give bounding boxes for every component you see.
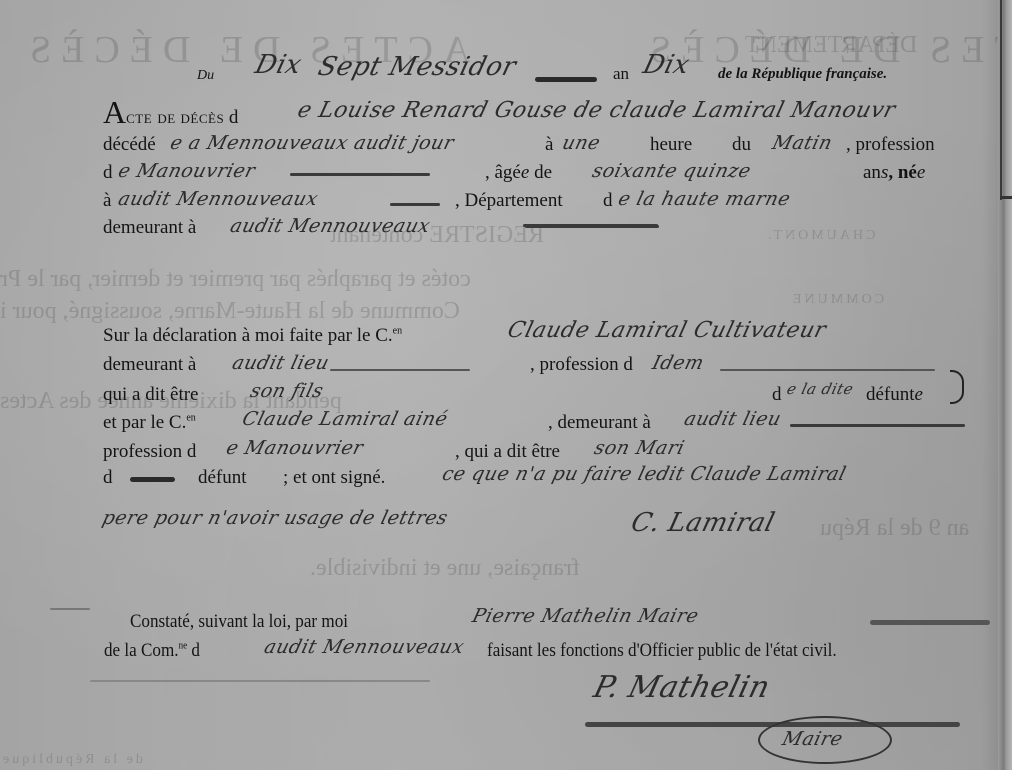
signe-label: ; et ont signé. (283, 467, 385, 489)
declarant2-label: et par le C.en (103, 412, 196, 434)
an-label: ans, née (863, 162, 925, 184)
deceased-name: e Louise Renard Gouse de claude Lamiral … (295, 98, 898, 123)
declarant-signature: C. Lamiral (628, 508, 778, 538)
binding-line (1000, 0, 1002, 200)
document-scan: ACTES DE DÉCÈS ACTES DE DÉCÈS DÉPARTEMEN… (0, 0, 1012, 770)
departement-value: e la haute marne (616, 188, 793, 210)
binding-tick (1000, 196, 1012, 199)
header-month-value: Sept Messidor (315, 52, 519, 82)
ink-dash (535, 77, 597, 82)
de-text: de (534, 162, 552, 183)
acte-title-deces: décès (181, 107, 225, 128)
age-value: soixante quinze (590, 160, 753, 182)
constat-line2-rest: faisant les fonctions d'Officier public … (487, 640, 837, 662)
et-par-text: et par le C. (103, 412, 186, 433)
defunt2-d-label: d (103, 467, 113, 489)
profession-d-label: d (103, 162, 113, 184)
demeurant-value: audit Mennouveaux (228, 215, 433, 237)
departement-d-label: d (603, 190, 613, 212)
time-value: Matin (770, 132, 835, 154)
header-republic: de la République française. (718, 66, 887, 83)
intro-sup: en (393, 326, 402, 337)
defunt-suffix: e (915, 384, 923, 405)
du-label: du (732, 134, 751, 156)
ink-dash (390, 203, 440, 206)
declaration-intro: Sur la déclaration à moi faite par le C.… (103, 325, 402, 347)
bleed-through-francaise: française, une et indivisible. (310, 555, 580, 582)
profession1-label: , profession d (530, 354, 633, 376)
intro-text: Sur la déclaration à moi faite par le C. (103, 325, 393, 346)
relation2-value: son Mari (592, 437, 687, 459)
agee-suffix: e (521, 162, 529, 183)
an-text: an (863, 162, 881, 183)
declarant1-value: Claude Lamiral Cultivateur (505, 318, 829, 343)
ink-dash (870, 620, 990, 625)
hour-value: une (560, 132, 603, 154)
bleed-through-chaumont: CHAUMONT. (765, 228, 875, 244)
agee-label: , âgée de (485, 162, 552, 184)
et-par-sup: en (186, 413, 195, 424)
profession-value: e Manouvrier (116, 160, 258, 182)
nee-text: , né (888, 162, 917, 183)
constat-line1-label: Constaté, suivant la loi, par moi (130, 611, 348, 633)
nee-suffix: e (917, 162, 925, 183)
de-la-d-label: d (772, 384, 782, 406)
officer-title: Maire (780, 728, 845, 750)
demeurant2-value: audit lieu (682, 408, 784, 430)
decede-label: décédé (103, 134, 156, 156)
heure-label: heure (650, 134, 692, 156)
header-an-label: an (613, 64, 629, 84)
born-a-label: à (103, 190, 111, 212)
brace-mark (950, 370, 964, 404)
decede-value: e a Mennouveaux audit jour (168, 132, 456, 154)
relation1-label: qui a dit être (103, 384, 199, 406)
ink-smudge (90, 680, 430, 682)
acte-title-de: d (229, 107, 239, 128)
declarant2-value: Claude Lamiral ainé (240, 408, 450, 430)
bleed-through-commune-de: Commune de la Haute-Marne, soussigné, po… (0, 298, 460, 325)
ink-dash (130, 477, 175, 482)
signe-note-line2: pere pour n'avoir usage de lettres (100, 507, 450, 529)
profession2-label: profession d (103, 441, 196, 463)
bleed-through-commune: COMMUNE (790, 292, 884, 308)
agee-text: , âgé (485, 162, 521, 183)
defunt1-label: défunte (866, 384, 923, 406)
demeurant1-label: demeurant à (103, 354, 196, 376)
demeurant1-value: audit lieu (230, 352, 332, 374)
acte-title-rest: cte de (126, 107, 176, 128)
bleed-through-departement: DÉPARTEMENT (745, 32, 917, 59)
constat-line2-label: de la Com.ne d (104, 640, 200, 662)
officer-value: Pierre Mathelin Maire (470, 605, 701, 627)
header-day-value: Dix (252, 50, 305, 80)
demeurant-label: demeurant à (103, 217, 196, 239)
a-label: à (545, 134, 553, 156)
ink-smudge (50, 608, 90, 610)
acte-title: Acte de décès d (103, 96, 238, 129)
profession-label: , profession (846, 134, 935, 156)
profession1-value: Idem (650, 352, 706, 374)
bleed-through-bottom: de la République (0, 752, 143, 768)
acte-title-cap: A (103, 94, 126, 130)
bleed-through-republique: an 9 de la Répu (820, 515, 969, 542)
born-place-value: audit Mennouveaux (116, 188, 321, 210)
com-sup: ne (179, 641, 188, 652)
ink-dash (790, 424, 965, 427)
departement-label: , Département (455, 190, 563, 212)
defunt-text: défunt (866, 384, 915, 405)
bleed-through-cotes: cotés et paraphés par premier et dernier… (0, 266, 471, 293)
com-d: d (191, 640, 200, 661)
demeurant2-label: , demeurant à (548, 412, 651, 434)
commune-value: audit Mennouveaux (262, 636, 467, 658)
signe-note-line1: ce que n'a pu faire ledit Claude Lamiral (440, 463, 849, 485)
ink-dash-shadow (525, 225, 659, 228)
relation2-label: , qui a dit être (455, 441, 560, 463)
header-du-label: Du (197, 68, 214, 84)
ink-dash (720, 369, 935, 371)
relation1-value: son fils (248, 380, 326, 402)
ink-dash (330, 369, 470, 371)
officer-signature: P. Mathelin (590, 670, 774, 705)
profession2-value: e Manouvrier (224, 437, 366, 459)
defunt2-label: défunt (198, 467, 247, 489)
ink-dash (290, 173, 430, 176)
com-text: de la Com. (104, 640, 179, 661)
header-year-value: Dix (640, 50, 693, 80)
de-la-dite-value: e la dite (785, 380, 855, 398)
